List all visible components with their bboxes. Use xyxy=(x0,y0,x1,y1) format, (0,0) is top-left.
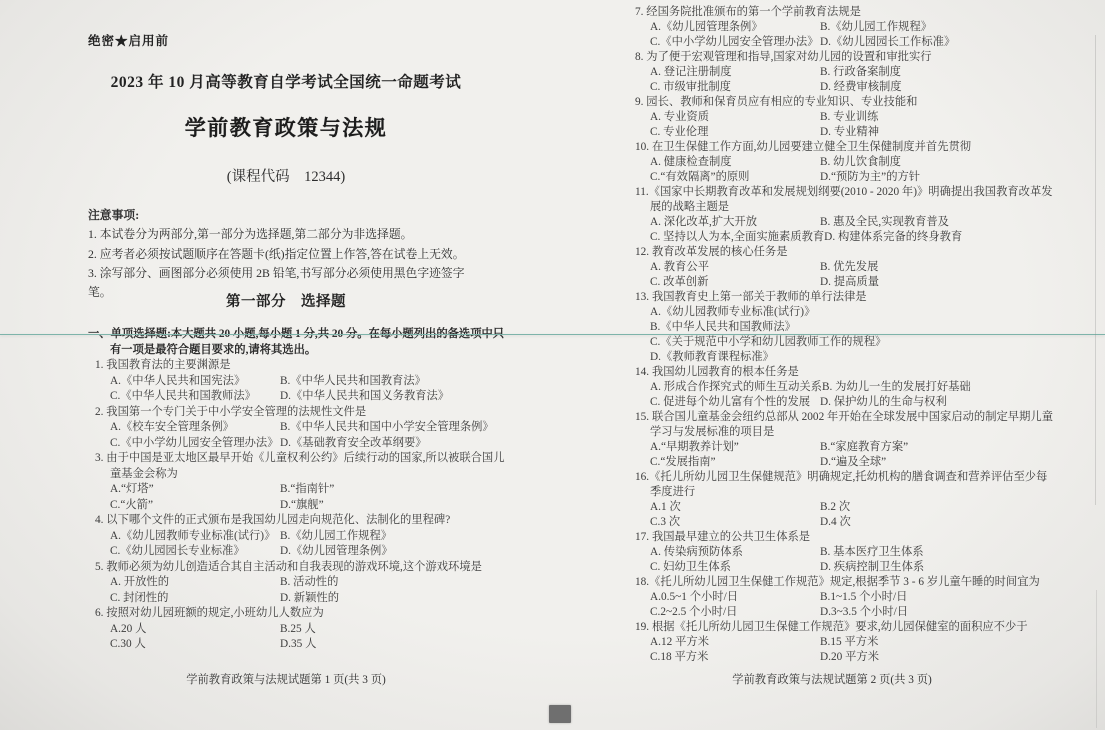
scan-artifact-vertical-line xyxy=(1095,35,1096,505)
question-stem-line: 14. 我国幼儿园教育的根本任务是 xyxy=(632,365,1032,380)
option-cell: B.《中华人民共和国教育法》 xyxy=(280,374,426,390)
option-row: C. 妇幼卫生体系D. 疾病控制卫生体系 xyxy=(632,560,1032,575)
option-row: C.30 人D.35 人 xyxy=(88,637,484,653)
question-item: 13. 我国教育史上第一部关于教师的单行法律是A.《幼儿园教师专业标准(试行)》… xyxy=(632,290,1032,365)
option-cell: D.“遍及全球” xyxy=(820,455,886,470)
option-cell: A.20 人 xyxy=(110,622,280,638)
option-row: C.“发展指南”D.“遍及全球” xyxy=(632,455,1032,470)
option-cell: C. 封闭性的 xyxy=(110,591,280,607)
exam-page-2: 7. 经国务院批准颁布的第一个学前教育法规是A.《幼儿园管理条例》B.《幼儿园工… xyxy=(632,0,1032,730)
option-row: C.“火箭”D.“旗舰” xyxy=(88,498,484,514)
option-cell: A. 开放性的 xyxy=(110,575,280,591)
question-item: 10. 在卫生保健工作方面,幼儿园要建立健全卫生保健制度并首先贯彻A. 健康检查… xyxy=(632,140,1032,185)
option-cell: D.《中华人民共和国义务教育法》 xyxy=(280,389,449,405)
option-row: A. 健康检查制度B. 幼儿饮食制度 xyxy=(632,155,1032,170)
question-item: 15. 联合国儿童基金会纽约总部从 2002 年开始在全球发展中国家启动的制定早… xyxy=(632,410,1032,470)
option-cell: B.《中华人民共和国中小学安全管理条例》 xyxy=(280,420,494,436)
option-cell: D.“旗舰” xyxy=(280,498,324,514)
question-stem-line: 2. 我国第一个专门关于中小学安全管理的法规性文件是 xyxy=(88,405,484,421)
question-item: 8. 为了便于宏观管理和指导,国家对幼儿园的设置和审批实行A. 登记注册制度B.… xyxy=(632,50,1032,95)
option-row: C. 促进每个幼儿富有个性的发展D. 保护幼儿的生命与权利 xyxy=(632,395,1032,410)
option-cell: B. 惠及全民,实现教育普及 xyxy=(820,215,949,230)
option-cell: A. 登记注册制度 xyxy=(650,65,820,80)
option-cell: C. 促进每个幼儿富有个性的发展 xyxy=(650,395,820,410)
option-cell: A. 健康检查制度 xyxy=(650,155,820,170)
question-item: 18.《托儿所幼儿园卫生保健工作规范》规定,根据季节 3 - 6 岁儿童午睡的时… xyxy=(632,575,1032,620)
option-row: A.0.5~1 个小时/日B.1~1.5 个小时/日 xyxy=(632,590,1032,605)
option-cell: C. 改革创新 xyxy=(650,275,820,290)
question-stem-line: 5. 教师必须为幼儿创造适合其自主活动和自我表现的游戏环境,这个游戏环境是 xyxy=(88,560,484,576)
option-row: A.1 次B.2 次 xyxy=(632,500,1032,515)
option-cell: C.《中小学幼儿园安全管理办法》 xyxy=(650,35,820,50)
option-row: A.“灯塔”B.“指南针” xyxy=(88,482,484,498)
page-footer-2: 学前教育政策与法规试题第 2 页(共 3 页) xyxy=(632,671,1032,687)
notes-block: 注意事项: 1. 本试卷分为两部分,第一部分为选择题,第二部分为非选择题。 2.… xyxy=(88,206,484,302)
question-item: 12. 教育改革发展的核心任务是A. 教育公平B. 优先发展C. 改革创新D. … xyxy=(632,245,1032,290)
option-row: C. 专业伦理D. 专业精神 xyxy=(632,125,1032,140)
question-stem-line: 3. 由于中国是亚太地区最早开始《儿童权利公约》后续行动的国家,所以被联合国儿 xyxy=(88,451,484,467)
question-stem-line: 童基金会称为 xyxy=(88,467,484,483)
question-stem-line: 18.《托儿所幼儿园卫生保健工作规范》规定,根据季节 3 - 6 岁儿童午睡的时… xyxy=(632,575,1032,590)
option-row: C. 改革创新D. 提高质量 xyxy=(632,275,1032,290)
option-cell: C. 坚持以人为本,全面实施素质教育 xyxy=(650,230,824,245)
option-cell: A.《中华人民共和国宪法》 xyxy=(110,374,280,390)
course-code: (课程代码 12344) xyxy=(88,165,484,186)
question-item: 3. 由于中国是亚太地区最早开始《儿童权利公约》后续行动的国家,所以被联合国儿童… xyxy=(88,451,484,513)
question-item: 17. 我国最早建立的公共卫生体系是A. 传染病预防体系B. 基本医疗卫生体系C… xyxy=(632,530,1032,575)
option-cell: C.“发展指南” xyxy=(650,455,820,470)
question-item: 6. 按照对幼儿园班额的规定,小班幼儿人数应为A.20 人B.25 人C.30 … xyxy=(88,606,484,653)
question-list-page1: 一、单项选择题:本大题共 20 小题,每小题 1 分,共 20 分。在每小题列出… xyxy=(88,327,484,653)
option-cell: C.“火箭” xyxy=(110,498,280,514)
option-row: C.2~2.5 个小时/日D.3~3.5 个小时/日 xyxy=(632,605,1032,620)
question-stem-line: 12. 教育改革发展的核心任务是 xyxy=(632,245,1032,260)
option-cell: D.《幼儿园园长工作标准》 xyxy=(820,35,955,50)
option-row: A. 形成合作探究式的师生互动关系B. 为幼儿一生的发展打好基础 xyxy=(632,380,1032,395)
question-item: 1. 我国教育法的主要渊源是A.《中华人民共和国宪法》B.《中华人民共和国教育法… xyxy=(88,358,484,405)
option-cell: C. 市级审批制度 xyxy=(650,80,820,95)
option-row: C.3 次D.4 次 xyxy=(632,515,1032,530)
option-cell: C.2~2.5 个小时/日 xyxy=(650,605,820,620)
question-stem-line: 4. 以下哪个文件的正式颁布是我国幼儿园走向规范化、法制化的里程碑? xyxy=(88,513,484,529)
option-row: C.《中小学幼儿园安全管理办法》D.《幼儿园园长工作标准》 xyxy=(632,35,1032,50)
note-line: 2. 应考者必须按试题顺序在答题卡(纸)指定位置上作答,答在试卷上无效。 xyxy=(88,245,484,264)
question-item: 11.《国家中长期教育改革和发展规划纲要(2010 - 2020 年)》明确提出… xyxy=(632,185,1032,245)
question-stem-line: 学习与发展标准的项目是 xyxy=(632,425,1032,440)
question-stem-line: 季度进行 xyxy=(632,485,1032,500)
option-cell: D.《幼儿园管理条例》 xyxy=(280,544,393,560)
question-stem-line: 1. 我国教育法的主要渊源是 xyxy=(88,358,484,374)
option-row: A.12 平方米B.15 平方米 xyxy=(632,635,1032,650)
option-cell: C.《中华人民共和国教师法》 xyxy=(110,389,280,405)
question-stem-line: 13. 我国教育史上第一部关于教师的单行法律是 xyxy=(632,290,1032,305)
option-cell: C. 妇幼卫生体系 xyxy=(650,560,820,575)
classification-label: 绝密★启用前 xyxy=(88,31,169,49)
option-row: A.《幼儿园教师专业标准(试行)》B.《幼儿园工作规程》 xyxy=(88,529,484,545)
option-cell: D.4 次 xyxy=(820,515,851,530)
option-cell: B.《中华人民共和国教师法》 xyxy=(650,320,796,335)
option-cell: C.《关于规范中小学和幼儿园教师工作的规程》 xyxy=(650,335,886,350)
option-row: A. 登记注册制度B. 行政备案制度 xyxy=(632,65,1032,80)
option-cell: A.“早期教养计划” xyxy=(650,440,820,455)
option-cell: A.《幼儿园教师专业标准(试行)》 xyxy=(650,305,815,320)
exam-page-1: 绝密★启用前 2023 年 10 月高等教育自学考试全国统一命题考试 学前教育政… xyxy=(88,0,484,730)
question-item: 5. 教师必须为幼儿创造适合其自主活动和自我表现的游戏环境,这个游戏环境是A. … xyxy=(88,560,484,607)
option-row: C.《中小学幼儿园安全管理办法》D.《基础教育安全改革纲要》 xyxy=(88,436,484,452)
option-cell: D.3~3.5 个小时/日 xyxy=(820,605,908,620)
question-stem-line: 15. 联合国儿童基金会纽约总部从 2002 年开始在全球发展中国家启动的制定早… xyxy=(632,410,1032,425)
question-stem-line: 16.《托儿所幼儿园卫生保健规范》明确规定,托幼机构的膳食调查和营养评估至少每 xyxy=(632,470,1032,485)
question-stem-line: 11.《国家中长期教育改革和发展规划纲要(2010 - 2020 年)》明确提出… xyxy=(632,185,1032,200)
option-cell: A.《幼儿园管理条例》 xyxy=(650,20,820,35)
option-row: C.《中华人民共和国教师法》D.《中华人民共和国义务教育法》 xyxy=(88,389,484,405)
option-cell: C. 专业伦理 xyxy=(650,125,820,140)
instruction-line: 有一项是最符合题目要求的,请将其选出。 xyxy=(88,343,484,359)
option-row: A. 专业资质B. 专业训练 xyxy=(632,110,1032,125)
question-item: 2. 我国第一个专门关于中小学安全管理的法规性文件是A.《校车安全管理条例》B.… xyxy=(88,405,484,452)
scan-artifact-horizontal-line xyxy=(0,334,1105,335)
option-row: A.《幼儿园教师专业标准(试行)》 xyxy=(632,305,1032,320)
option-row: C.18 平方米D.20 平方米 xyxy=(632,650,1032,665)
scan-artifact-vertical-line xyxy=(1096,590,1097,728)
option-cell: D.《教师教育课程标准》 xyxy=(650,350,774,365)
option-row: A.《校车安全管理条例》B.《中华人民共和国中小学安全管理条例》 xyxy=(88,420,484,436)
notes-heading: 注意事项: xyxy=(88,206,484,225)
question-item: 19. 根据《托儿所幼儿园卫生保健工作规范》要求,幼儿园保健室的面积应不少于A.… xyxy=(632,620,1032,665)
option-row: D.《教师教育课程标准》 xyxy=(632,350,1032,365)
option-cell: A.0.5~1 个小时/日 xyxy=(650,590,820,605)
option-cell: B. 优先发展 xyxy=(820,260,878,275)
option-cell: A. 传染病预防体系 xyxy=(650,545,820,560)
subject-title: 学前教育政策与法规 xyxy=(88,112,484,142)
question-item: 4. 以下哪个文件的正式颁布是我国幼儿园走向规范化、法制化的里程碑?A.《幼儿园… xyxy=(88,513,484,560)
option-row: A.20 人B.25 人 xyxy=(88,622,484,638)
option-row: A. 传染病预防体系B. 基本医疗卫生体系 xyxy=(632,545,1032,560)
option-cell: D.35 人 xyxy=(280,637,316,653)
option-cell: B.《幼儿园工作规程》 xyxy=(820,20,932,35)
option-row: A. 开放性的B. 活动性的 xyxy=(88,575,484,591)
option-cell: B. 基本医疗卫生体系 xyxy=(820,545,924,560)
option-row: C. 市级审批制度D. 经费审核制度 xyxy=(632,80,1032,95)
option-row: C. 坚持以人为本,全面实施素质教育D. 构建体系完备的终身教育 xyxy=(632,230,1032,245)
option-row: C. 封闭性的D. 新颖性的 xyxy=(88,591,484,607)
option-cell: B. 幼儿饮食制度 xyxy=(820,155,901,170)
option-row: A. 深化改革,扩大开放B. 惠及全民,实现教育普及 xyxy=(632,215,1032,230)
option-cell: B.1~1.5 个小时/日 xyxy=(820,590,907,605)
option-cell: C.30 人 xyxy=(110,637,280,653)
question-list-page2: 7. 经国务院批准颁布的第一个学前教育法规是A.《幼儿园管理条例》B.《幼儿园工… xyxy=(632,5,1032,665)
option-row: C.《关于规范中小学和幼儿园教师工作的规程》 xyxy=(632,335,1032,350)
option-row: A.《幼儿园管理条例》B.《幼儿园工作规程》 xyxy=(632,20,1032,35)
option-cell: C.“有效隔离”的原则 xyxy=(650,170,820,185)
question-stem-line: 7. 经国务院批准颁布的第一个学前教育法规是 xyxy=(632,5,1032,20)
question-stem-line: 17. 我国最早建立的公共卫生体系是 xyxy=(632,530,1032,545)
question-stem-line: 展的战略主题是 xyxy=(632,200,1032,215)
option-row: B.《中华人民共和国教师法》 xyxy=(632,320,1032,335)
question-item: 9. 园长、教师和保育员应有相应的专业知识、专业技能和A. 专业资质B. 专业训… xyxy=(632,95,1032,140)
question-item: 7. 经国务院批准颁布的第一个学前教育法规是A.《幼儿园管理条例》B.《幼儿园工… xyxy=(632,5,1032,50)
option-cell: B. 为幼儿一生的发展打好基础 xyxy=(822,380,971,395)
option-cell: C.3 次 xyxy=(650,515,820,530)
option-row: A.《中华人民共和国宪法》B.《中华人民共和国教育法》 xyxy=(88,374,484,390)
option-cell: B.《幼儿园工作规程》 xyxy=(280,529,392,545)
option-row: A. 教育公平B. 优先发展 xyxy=(632,260,1032,275)
option-row: C.“有效隔离”的原则D.“预防为主”的方针 xyxy=(632,170,1032,185)
question-stem-line: 19. 根据《托儿所幼儿园卫生保健工作规范》要求,幼儿园保健室的面积应不少于 xyxy=(632,620,1032,635)
option-cell: A. 专业资质 xyxy=(650,110,820,125)
option-cell: D. 经费审核制度 xyxy=(820,80,902,95)
question-stem-line: 8. 为了便于宏观管理和指导,国家对幼儿园的设置和审批实行 xyxy=(632,50,1032,65)
scan-registration-mark xyxy=(549,705,571,723)
option-cell: C.18 平方米 xyxy=(650,650,820,665)
option-cell: D. 构建体系完备的终身教育 xyxy=(824,230,962,245)
option-cell: A. 深化改革,扩大开放 xyxy=(650,215,820,230)
exam-session-title: 2023 年 10 月高等教育自学考试全国统一命题考试 xyxy=(88,70,484,92)
option-cell: A. 教育公平 xyxy=(650,260,820,275)
option-cell: B. 活动性的 xyxy=(280,575,338,591)
option-row: C.《幼儿园园长专业标准》D.《幼儿园管理条例》 xyxy=(88,544,484,560)
option-row: A.“早期教养计划”B.“家庭教育方案” xyxy=(632,440,1032,455)
option-cell: D. 提高质量 xyxy=(820,275,879,290)
page-footer-1: 学前教育政策与法规试题第 1 页(共 3 页) xyxy=(88,671,484,687)
question-item: 16.《托儿所幼儿园卫生保健规范》明确规定,托幼机构的膳食调查和营养评估至少每季… xyxy=(632,470,1032,530)
option-cell: B. 行政备案制度 xyxy=(820,65,901,80)
option-cell: B.“家庭教育方案” xyxy=(820,440,908,455)
option-cell: D.20 平方米 xyxy=(820,650,879,665)
option-cell: C.《幼儿园园长专业标准》 xyxy=(110,544,280,560)
option-cell: A. 形成合作探究式的师生互动关系 xyxy=(650,380,822,395)
option-cell: A.《幼儿园教师专业标准(试行)》 xyxy=(110,529,280,545)
question-stem-line: 10. 在卫生保健工作方面,幼儿园要建立健全卫生保健制度并首先贯彻 xyxy=(632,140,1032,155)
option-cell: B.15 平方米 xyxy=(820,635,878,650)
option-cell: C.《中小学幼儿园安全管理办法》 xyxy=(110,436,280,452)
option-cell: A.12 平方米 xyxy=(650,635,820,650)
option-cell: A.1 次 xyxy=(650,500,820,515)
question-stem-line: 6. 按照对幼儿园班额的规定,小班幼儿人数应为 xyxy=(88,606,484,622)
option-cell: D.“预防为主”的方针 xyxy=(820,170,920,185)
option-cell: B.25 人 xyxy=(280,622,316,638)
option-cell: D. 保护幼儿的生命与权利 xyxy=(820,395,947,410)
option-cell: B.“指南针” xyxy=(280,482,334,498)
note-line: 1. 本试卷分为两部分,第一部分为选择题,第二部分为非选择题。 xyxy=(88,225,484,244)
option-cell: A.“灯塔” xyxy=(110,482,280,498)
question-stem-line: 9. 园长、教师和保育员应有相应的专业知识、专业技能和 xyxy=(632,95,1032,110)
option-cell: D. 新颖性的 xyxy=(280,591,339,607)
option-cell: B.2 次 xyxy=(820,500,850,515)
section-heading: 第一部分 选择题 xyxy=(88,290,484,311)
option-cell: D.《基础教育安全改革纲要》 xyxy=(280,436,427,452)
option-cell: D. 疾病控制卫生体系 xyxy=(820,560,924,575)
option-cell: A.《校车安全管理条例》 xyxy=(110,420,280,436)
option-cell: D. 专业精神 xyxy=(820,125,879,140)
option-cell: B. 专业训练 xyxy=(820,110,878,125)
question-item: 14. 我国幼儿园教育的根本任务是A. 形成合作探究式的师生互动关系B. 为幼儿… xyxy=(632,365,1032,410)
